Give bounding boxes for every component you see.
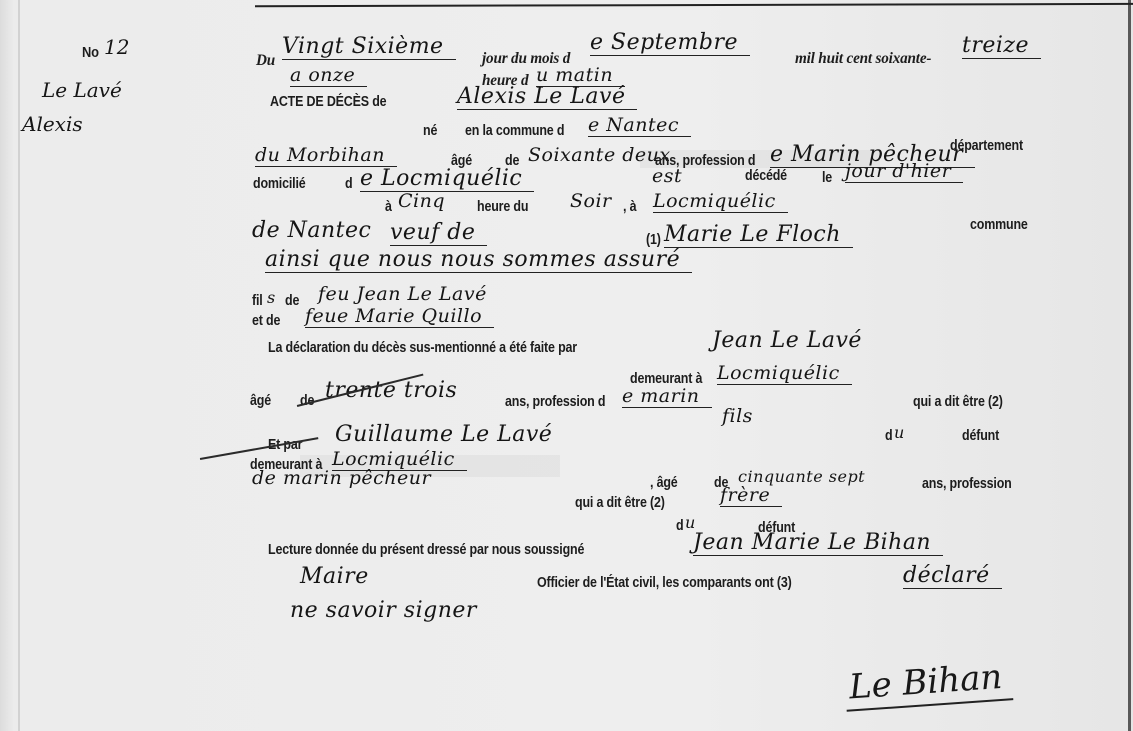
- hand-father-name: feu Jean Le Lavé: [318, 283, 487, 305]
- printed-heure-du: heure du: [477, 199, 528, 215]
- hand-declarant-2-profession: de marin pêcheur: [252, 467, 431, 489]
- hand-declarant-1: Jean Le Lavé: [712, 328, 862, 353]
- hand-assurance-note: ainsi que nous nous sommes assuré: [265, 247, 692, 273]
- hand-du-1: u: [894, 423, 905, 442]
- hand-declarant-1-relation: fils: [722, 405, 753, 427]
- printed-en-la-commune: en la commune d: [465, 123, 564, 139]
- hand-officer-title: Maire: [300, 564, 369, 589]
- printed-lecture-donnee: Lecture donnée du présent dressé par nou…: [268, 542, 584, 558]
- printed-commune: commune: [970, 217, 1028, 233]
- printed-acte-de-deces: ACTE DE DÉCÈS de: [270, 94, 386, 110]
- hand-death-hour: Cinq: [398, 190, 445, 212]
- page-left-edge: [18, 0, 20, 731]
- hand-month: e Septembre: [590, 30, 750, 56]
- hand-hour: a onze: [290, 64, 367, 87]
- printed-et-de: et de: [252, 313, 280, 329]
- printed-de-father: de: [285, 293, 299, 309]
- printed-fil: fil: [252, 293, 263, 309]
- hand-fils-suffix: s: [267, 288, 276, 307]
- entry-number-label: No: [82, 44, 99, 61]
- hand-day: Vingt Sixième: [282, 34, 456, 60]
- printed-domicilie: domicilié: [253, 176, 306, 192]
- printed-d-2: d: [676, 518, 683, 534]
- printed-age-2: , âgé: [650, 475, 678, 491]
- hand-death-time: Soir: [570, 190, 612, 212]
- printed-comma-a: , à: [623, 199, 636, 215]
- register-page: No 12 Le Lavé Alexis Du Vingt Sixième jo…: [0, 0, 1133, 731]
- margin-given-name: Alexis: [22, 112, 83, 136]
- hand-cannot-sign: ne savoir signer: [290, 598, 477, 623]
- printed-officier-etat-civil: Officier de l'État civil, les comparants…: [537, 575, 792, 591]
- hand-death-place: Locmiquélic: [653, 190, 788, 213]
- printed-decede: décédé: [745, 168, 787, 184]
- hand-deceased-name: Alexis Le Lavé: [457, 84, 637, 110]
- hand-widower-of: veuf de: [390, 220, 487, 246]
- hand-domicile: e Locmiquélic: [360, 166, 534, 192]
- entry-number-value: 12: [104, 35, 129, 59]
- printed-qui-a-dit-etre-2: qui a dit être (2): [575, 495, 665, 511]
- printed-ans-profession-2: ans, profession: [922, 476, 1012, 492]
- hand-declared: déclaré: [903, 563, 1002, 589]
- hand-declarant-2: Guillaume Le Lavé: [335, 422, 552, 447]
- printed-qui-a-dit-etre-1: qui a dit être (2): [913, 394, 1003, 410]
- margin-surname: Le Lavé: [42, 78, 122, 102]
- printed-d-1: d: [885, 428, 892, 444]
- hand-death-commune: de Nantec: [252, 218, 371, 243]
- printed-le: le: [822, 170, 832, 186]
- hand-day-of-death: jour d'hier: [845, 160, 963, 183]
- hand-mother-name: feue Marie Quillo: [305, 305, 494, 328]
- top-rule-line: [255, 3, 1133, 7]
- printed-du: Du: [256, 52, 275, 70]
- hand-declarant-1-residence: Locmiquélic: [717, 362, 852, 385]
- printed-defunt-1: défunt: [962, 428, 999, 444]
- printed-age-1: âgé: [250, 393, 271, 409]
- hand-declarant-1-profession: e marin: [622, 385, 712, 408]
- hand-year: treize: [962, 33, 1041, 59]
- printed-ans-profession-1: ans, profession d: [505, 394, 605, 410]
- hand-department: du Morbihan: [255, 144, 397, 167]
- printed-d: d: [345, 176, 352, 192]
- hand-est: est: [652, 165, 682, 187]
- printed-year-prefix: mil huit cent soixante-: [795, 50, 931, 68]
- page-right-edge: [1128, 0, 1131, 731]
- printed-a: à: [385, 199, 392, 215]
- printed-note-1: (1): [646, 232, 661, 248]
- printed-ne: né: [423, 123, 437, 139]
- hand-officer-name: Jean Marie Le Bihan: [693, 530, 943, 556]
- hand-birth-commune: e Nantec: [588, 114, 691, 137]
- hand-spouse-name: Marie Le Floch: [664, 222, 853, 248]
- officer-signature: Le Bihan: [844, 656, 1014, 712]
- printed-declaration: La déclaration du décès sus-mentionné a …: [268, 340, 577, 356]
- hand-age: Soixante deux: [528, 144, 671, 166]
- hand-declarant-2-relation: frère: [720, 484, 782, 507]
